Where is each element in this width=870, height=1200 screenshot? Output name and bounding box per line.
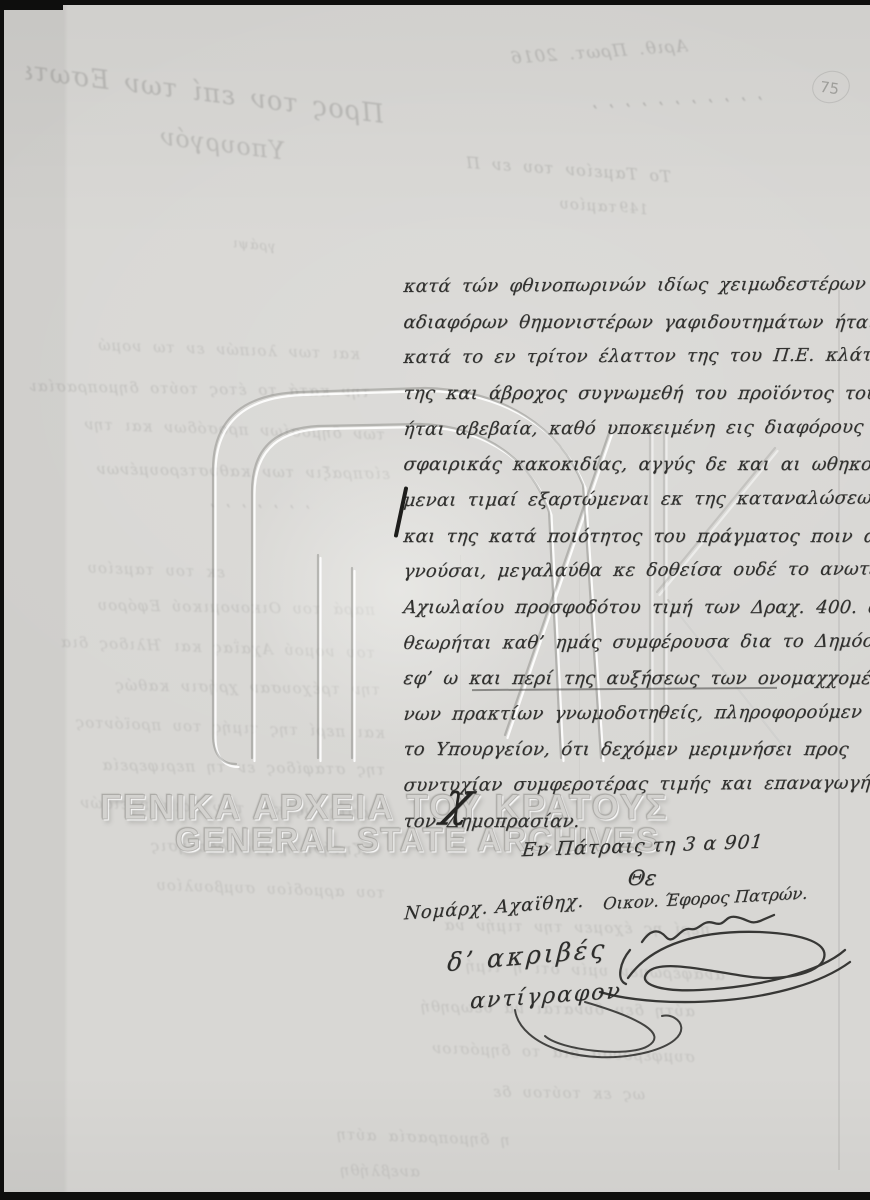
manuscript-line: Αχιωλαίου προσφοδότου τιμή των Δραχ. 400… — [402, 594, 829, 625]
manuscript-line: κατά το εν τρίτον έλαττον της του Π.Ε. κ… — [402, 342, 829, 375]
manuscript-line: μεναι τιμαί εξαρτώμεναι εκ της καταναλώσ… — [402, 485, 829, 518]
manuscript-line: και της κατά ποιότητος του πράγματος ποι… — [402, 523, 829, 554]
pencil-page-number: 75 — [819, 78, 840, 98]
manuscript-line: νων πρακτίων γνωμοδοτηθείς, πληροφορούμε… — [402, 699, 829, 732]
manuscript-line: της και άβροχος συγνωμεθή του προϊόντος … — [402, 380, 829, 411]
scan-edge-corner — [0, 0, 63, 10]
manuscript-line: θεωρήται καθ’ ημάς συμφέρουσα δια το Δημ… — [402, 627, 829, 660]
manuscript-line: σφαιρικάς κακοκιδίας, αγγύς δε και αι ωθ… — [402, 451, 829, 482]
manuscript-pre-signature: Θε — [626, 866, 658, 890]
scanned-document: Προς τον επί των ΕσωτερικώνΥπουργόνγράψι… — [0, 0, 870, 1200]
manuscript-line: γνούσαι, μεγαλαύθα κε δοθείσα ουδέ το αν… — [402, 556, 829, 589]
manuscript-line: κατά τών φθινοπωρινών ιδίως χειμωδεστέρω… — [402, 271, 829, 304]
manuscript-line: το Υπουργείον, ότι δεχόμεν μεριμνήσει πρ… — [402, 736, 829, 767]
manuscript-line: ήται αβεβαία, καθό υποκειμένη εις διαφόρ… — [402, 413, 829, 446]
manuscript-line: αδιαφόρων θημονιστέρων γαφιδουτημάτων ήτ… — [402, 309, 829, 340]
manuscript-line: εφ’ ω και περί της αυξήσεως των ονομαχχο… — [402, 665, 829, 696]
